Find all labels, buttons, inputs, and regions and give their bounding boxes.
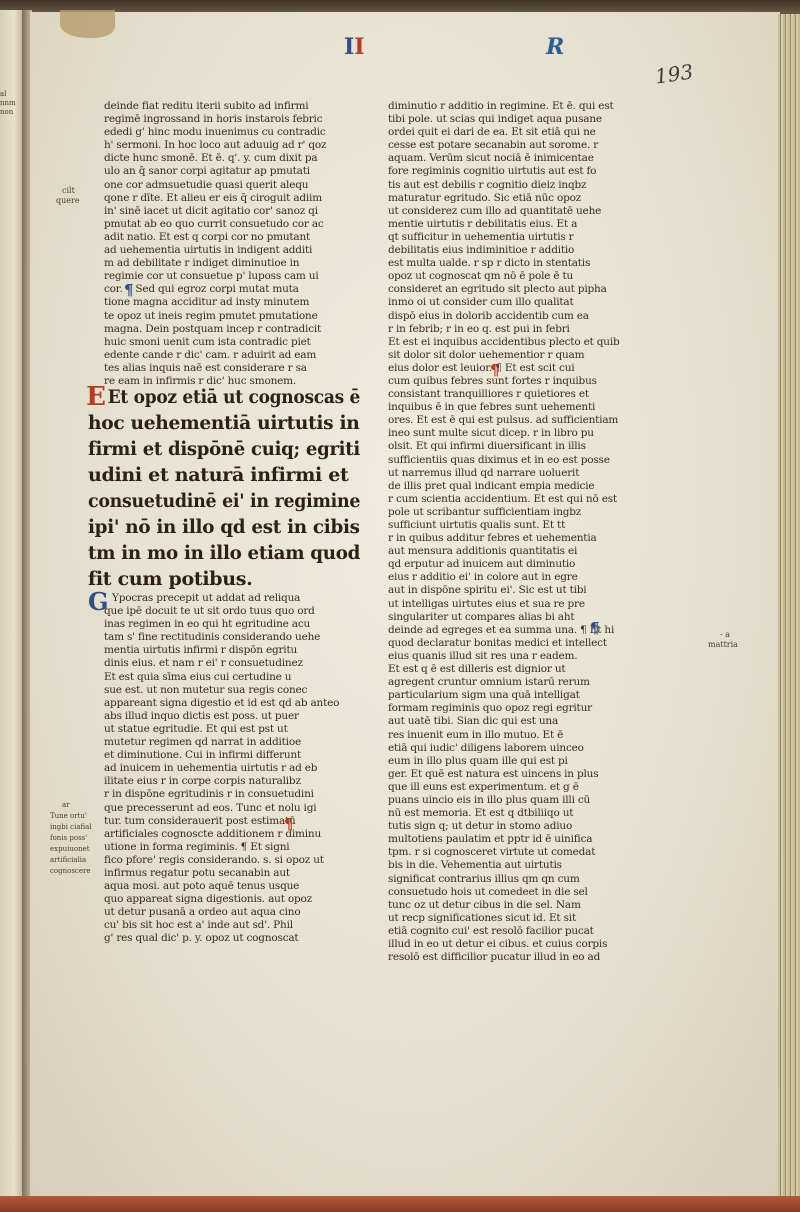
text-line: tpm. r si cognosceret virtute ut comedat [388, 846, 650, 859]
running-header-left: II [344, 34, 365, 60]
text-line: tunc oz ut detur cibus in die sel. Nam [388, 899, 650, 912]
paragraph-mark-blue: ¶ [124, 281, 134, 299]
text-line: qone r dīte. Et alieu er eis q̄ ciroguit… [104, 192, 362, 205]
text-line: est multa ualde. r sp r dicto in stentat… [388, 257, 650, 270]
text-line: tibi pole. ut scias qui indiget aqua pus… [388, 113, 650, 126]
text-line: sit dolor sit dolor uehementior r quam [388, 349, 650, 362]
text-line: deinde ad egreges et ea summa una. ¶ Et … [388, 624, 650, 637]
text-line: regimē ingrossand in horis instarois feb… [104, 113, 362, 126]
text-line: que precesserunt ad eos. Tunc et nolu ig… [104, 802, 362, 815]
text-line: cum quibus febres sunt fortes r inquibus [388, 375, 650, 388]
text-line: ger. Et quē est natura est uincens in pl… [388, 768, 650, 781]
text-line: bis in die. Vehementia aut uirtutis [388, 859, 650, 872]
text-line: eius dolor est leuior. ¶ Et est scit cui [388, 362, 650, 375]
text-line: pmutat ab eo quo currit consuetudo cor a… [104, 218, 362, 231]
text-line: resolō est difficilior pucatur illud in … [388, 951, 650, 964]
text-line: ut detur pusanā a ordeo aut aqua cino [104, 906, 362, 919]
text-line: tis aut est debilis r cognitio dieiz inq… [388, 179, 650, 192]
text-line: formam regiminis quo opoz regi egritur [388, 702, 650, 715]
paragraph-mark-red: ¶ [284, 815, 294, 833]
text-line: particularium sigm una quā intelligat [388, 689, 650, 702]
text-line: consuetudo hois ut comedeet in die sel [388, 886, 650, 899]
text-line: ut narremus illud qd narrare uoluerit [388, 467, 650, 480]
paragraph-mark-blue: ¶ [590, 619, 600, 637]
text-line: maturatur egritudo. Sic etiā nūc opoz [388, 192, 650, 205]
text-line: r in quibus additur febres et uehementia [388, 532, 650, 545]
page-stack-edges [778, 14, 800, 1198]
text-line: sufficientiis quas diximus et in eo est … [388, 454, 650, 467]
text-line: agregent cruntur omnium istarū rerum [388, 676, 650, 689]
text-line: sufficiunt uirtutis qualis sunt. Et tt [388, 519, 650, 532]
text-line: Ypocras precepit ut addat ad reliqua [104, 592, 362, 605]
text-line: eius quanis illud sit res una r eadem. [388, 650, 650, 663]
text-line: multotiens paulatim et pptr id ē uinific… [388, 833, 650, 846]
text-line: tutis sign q; ut detur in stomo adiuo [388, 820, 650, 833]
text-line: singulariter ut compares alias bi aht [388, 611, 650, 624]
text-line: mentie uirtutis r debilitatis eius. Et a [388, 218, 650, 231]
text-line: olsit. Et qui infirmi diuersificant in i… [388, 440, 650, 453]
text-line: aut mensura additionis quantitatis ei [388, 545, 650, 558]
marginal-note-lower: ar Tune ortu' ingbi ciafial fonis poss' … [50, 800, 92, 877]
text-line: magna. Dein postquam incep r contradicit [104, 323, 362, 336]
text-line: fore regiminis cognitio uirtutis aut est… [388, 165, 650, 178]
text-line: diminutio r additio in regimine. Et ē. q… [388, 100, 650, 113]
text-line: in' sinē iacet ut dicit agitatio cor' sa… [104, 205, 362, 218]
text-line: ut recp significationes sicut id. Et sit [388, 912, 650, 925]
text-line: qd erputur ad inuicem aut diminutio [388, 558, 650, 571]
text-line: firmi et dispōnē cuiq; egriti [88, 436, 360, 462]
text-line: utione in forma regiminis. ¶ Et signi [104, 841, 362, 854]
text-line: mentia uirtutis infirmi r dispōn egritu [104, 644, 362, 657]
text-line: quod declaratur bonitas medici et intell… [388, 637, 650, 650]
text-line: etiā cognito cui' est resolō facilior pu… [388, 925, 650, 938]
text-line: aquam. Verūm sicut nociā ē inimicentae [388, 152, 650, 165]
text-line: debilitatis eius indiminitioe r additio [388, 244, 650, 257]
text-line: de illis pret qual indicant empia medici… [388, 480, 650, 493]
text-line: illud in eo ut detur ei cibus. et cuius … [388, 938, 650, 951]
text-line: cesse est potare secanabin aut sorome. r [388, 139, 650, 152]
text-line: ordei quit ei dari de ea. Et sit etiā qu… [388, 126, 650, 139]
text-line: ut intelligas uirtutes eius et sua re pr… [388, 598, 650, 611]
text-line: eum in illo plus quam ille qui est pi [388, 755, 650, 768]
text-line: dinis eius. et nam r ei' r consuetudinez [104, 657, 362, 670]
marginal-note-right: - a mattria [708, 630, 738, 650]
text-line: dicte hunc smonē. Et ē. q'. y. cum dixit… [104, 152, 362, 165]
text-line: etiā qui iudic' diligens laborem uinceo [388, 742, 650, 755]
text-line: ineo sunt multe sicut dicep. r in libro … [388, 427, 650, 440]
text-line: et diminutione. Cui in infirmi differunt [104, 749, 362, 762]
text-line: consistant tranquilliores r quietiores e… [388, 388, 650, 401]
text-line: inmo oi ut consider cum illo qualitat [388, 296, 650, 309]
text-line: res inuenit eum in illo mutuo. Et ē [388, 729, 650, 742]
text-line: hoc uehementiā uirtutis in [88, 410, 360, 436]
text-line: ores. Et est ē qui est pulsus. ad suffic… [388, 414, 650, 427]
text-line: te opoz ut ineis regim pmutet pmutatione [104, 310, 362, 323]
text-line: eius r additio ei' in colore aut in egre [388, 571, 650, 584]
text-line: que ill euns est experimentum. et g ē [388, 781, 650, 794]
text-line: ulo an q̄ sanor corpi agitatur ap pmutat… [104, 165, 362, 178]
text-line: tione magna acciditur ad insty minutem [104, 296, 362, 309]
text-line: ipi' nō in illo qd est in cibis [88, 514, 360, 540]
text-line: mutetur regimen qd narrat in additioe [104, 736, 362, 749]
text-line: qt sufficitur in uehementia uirtutis r [388, 231, 650, 244]
left-column-commentary-upper: deinde fiat reditu iterii subito ad infi… [104, 100, 362, 388]
text-line: consuetudinē ei' in regimine [88, 488, 360, 514]
text-line: artificiales cognoscte additionem r dimi… [104, 828, 362, 841]
text-line: g' res qual dic' p. y. opoz ut cognoscat [104, 932, 362, 945]
text-line: ut statue egritudie. Et qui est pst ut [104, 723, 362, 736]
text-line: nū est memoria. Et est q dtbiliiqo ut [388, 807, 650, 820]
text-line: ad uehementia uirtutis in indigent addit… [104, 244, 362, 257]
text-line: huic smoni uenit cum ista contradic piet [104, 336, 362, 349]
text-line: quo appareat signa digestionis. aut opoz [104, 893, 362, 906]
text-line: Et est ei inquibus accidentibus plecto e… [388, 336, 650, 349]
left-column-aphorism-text: Et opoz etiā ut cognoscas ēhoc uehementi… [88, 384, 360, 592]
text-line: inas regimen in eo qui ht egritudine acu [104, 618, 362, 631]
right-column-commentary: diminutio r additio in regimine. Et ē. q… [388, 100, 650, 964]
text-line: tur. tum considerauerit post estimatū [104, 815, 362, 828]
water-stain [60, 10, 115, 38]
text-line: Et est q ē est dilleris est dignior ut [388, 663, 650, 676]
text-line: sue est. ut non mutetur sua regis conec [104, 684, 362, 697]
text-line: significat contrarius illius qm qn cum [388, 873, 650, 886]
text-line: edente cande r dic' cam. r aduirit ad ea… [104, 349, 362, 362]
text-line: cu' bis sit hoc est a' inde aut sd'. Phi… [104, 919, 362, 932]
text-line: adit natio. Et est q corpi cor no pmutan… [104, 231, 362, 244]
text-line: r in dispōne egritudinis r in consuetudi… [104, 788, 362, 801]
text-line: regimie cor ut consuetue p' luposs cam u… [104, 270, 362, 283]
text-line: que ipē docuit te ut sit ordo tuus quo o… [104, 605, 362, 618]
text-line: fit cum potibus. [88, 566, 360, 592]
text-line: ad inuicem in uehementia uirtutis r ad e… [104, 762, 362, 775]
text-line: cor. ¶ Sed qui egroz corpi mutat muta [104, 283, 362, 296]
text-line: udini et naturā infirmi et [88, 462, 360, 488]
text-line: ededi g' hinc modu inuenimus cu contradi… [104, 126, 362, 139]
text-line: opoz ut cognoscat qm nō ē pole ē tu [388, 270, 650, 283]
text-line: ilitate eius r in corpe corpis naturalib… [104, 775, 362, 788]
facing-page-text: al nnm non [0, 90, 22, 117]
text-line: Et opoz etiā ut cognoscas ē [88, 384, 380, 410]
text-line: r cum scientia accidentium. Et est qui n… [388, 493, 650, 506]
text-line: inquibus ē in que febres sunt uehementi [388, 401, 650, 414]
text-line: dispō eius in dolorib accidentib cum ea [388, 310, 650, 323]
text-line: tam s' fine rectitudinis considerando ue… [104, 631, 362, 644]
text-line: ut considerez cum illo ad quantitatē ueh… [388, 205, 650, 218]
text-line: infirmus regatur potu secanabin aut [104, 867, 362, 880]
facing-page-edge: al nnm non [0, 10, 24, 1200]
text-line: abs illud inquo dictis est poss. ut puer [104, 710, 362, 723]
text-line: tm in mo in illo etiam quod [88, 540, 360, 566]
text-line: puans uincio eis in illo plus quam illi … [388, 794, 650, 807]
text-line: pole ut scribantur sufficientiam ingbz [388, 506, 650, 519]
text-line: consideret an egritudo sit plecto aut pi… [388, 283, 650, 296]
text-line: Et est quia sīma eius cui certudine u [104, 671, 362, 684]
paragraph-mark-red: ¶ [490, 361, 500, 379]
book-binding-bottom [0, 1196, 800, 1212]
text-line: aut uatē tibi. Sian dic qui est una [388, 715, 650, 728]
text-line: one cor admsuetudie quasi querit alequ [104, 179, 362, 192]
text-line: h' sermoni. In hoc loco aut aduuig ad r'… [104, 139, 362, 152]
text-line: aut in dispōne spiritu ei'. Sic est ut t… [388, 584, 650, 597]
text-line: fico pfore' regis considerando. s. si op… [104, 854, 362, 867]
text-line: aqua mosi. aut poto aquē tenus usque [104, 880, 362, 893]
running-header-right: R [546, 34, 564, 60]
text-line: appareant signa digestio et id est qd ab… [104, 697, 362, 710]
text-line: m ad debilitate r indiget diminutioe in [104, 257, 362, 270]
text-line: deinde fiat reditu iterii subito ad infi… [104, 100, 362, 113]
text-line: tes alias inquis naē est considerare r s… [104, 362, 362, 375]
marginal-note-upper: cilt quere [56, 186, 80, 206]
text-line: r in febrib; r in eo q. est pui in febri [388, 323, 650, 336]
left-column-commentary-lower: Ypocras precepit ut addat ad reliquaque … [104, 592, 362, 946]
